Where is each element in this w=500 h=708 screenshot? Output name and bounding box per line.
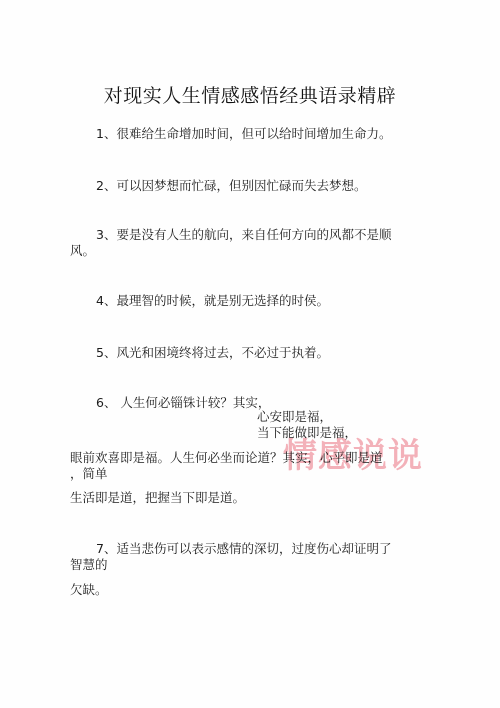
quote-6-line-4: 眼前欢喜即是福。人生何必坐而论道？其实，心平即是道 [70,450,383,466]
document-page: 对现实人生情感感悟经典语录精辟 情感说说 1、很难给生命增加时间，但可以给时间增… [0,0,500,708]
quote-6-line-5: ，简单 [70,466,108,482]
quote-2: 2、可以因梦想而忙碌，但别因忙碌而失去梦想。 [96,178,366,194]
quote-3-line-2: 风。 [70,243,95,259]
quote-6-line-2: 心安即是福， [257,409,332,425]
quote-7-line-1: 7、适当悲伤可以表示感情的深切，过度伤心却证明了 [96,541,391,557]
quote-1: 1、很难给生命增加时间，但可以给时间增加生命力。 [96,126,391,142]
document-title: 对现实人生情感感悟经典语录精辟 [0,84,500,108]
quote-6-line-6: 生活即是道，把握当下即是道。 [70,490,245,506]
quote-4: 4、最理智的时候，就是别无选择的时侯。 [96,293,329,309]
quote-6-line-3: 当下能做即是福， [257,425,357,441]
quote-6-line-1: 6、 人生何必锱铢计较？其实， [96,395,270,411]
quote-3-line-1: 3、要是没有人生的航向，来自任何方向的风都不是顺 [96,227,391,243]
quote-5: 5、风光和困境终将过去，不必过于执着。 [96,345,329,361]
quote-7-line-2: 智慧的 [70,557,108,573]
quote-7-line-3: 欠缺。 [70,582,108,598]
